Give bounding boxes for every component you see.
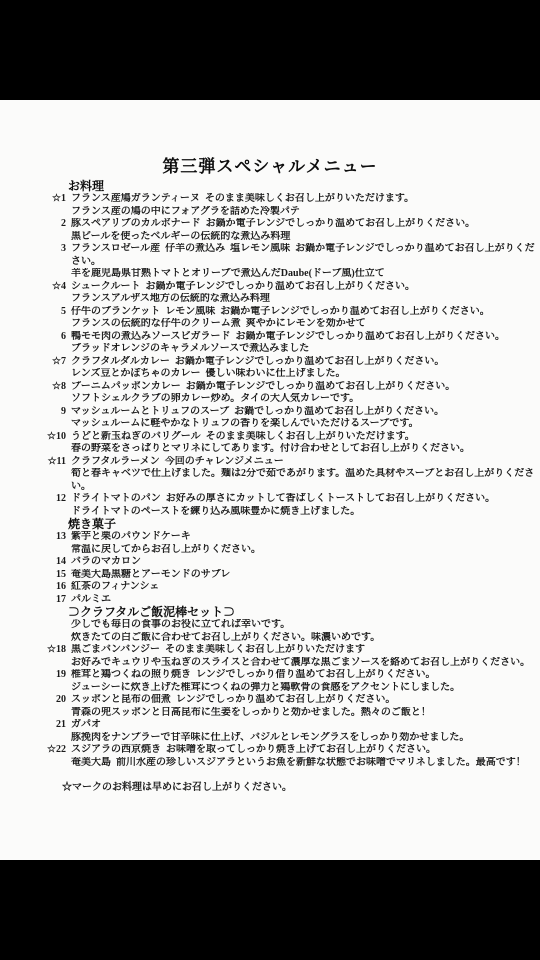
item-text: 春の野菜をさっぱりとマリネにしてあります。付け合わせとしてお召し上がりください。 [71, 443, 540, 456]
item-number [0, 544, 71, 557]
item-text: 紫芋と栗のパウンドケーキ [71, 531, 540, 544]
menu-item-continuation: 筍と春キャベツで仕上げました。麺は2分で茹であがります。温めた具材やスープとお召… [0, 468, 540, 493]
item-text: 椎茸と鶏つくねの照り焼き レンジでしっかり借り温めてお召し上がりください。 [71, 669, 540, 682]
item-number: 3 [0, 243, 71, 268]
item-number: 9 [0, 406, 71, 419]
item-number [0, 343, 71, 356]
item-text: 黒ビールを使ったベルギーの伝統的な煮込み料理 [71, 231, 540, 244]
item-text: お好みでキュウリや玉ねぎのスライスと合わせて濃厚な黒ごまソースを絡めてお召し上が… [71, 657, 540, 670]
menu-item-row: 21ガパオ [0, 719, 540, 732]
item-text: クラフタルラーメン 今回のチャレンジメニュー [71, 456, 540, 469]
item-number: 13 [0, 531, 71, 544]
item-number: 21 [0, 719, 71, 732]
menu-item-continuation: マッシュルームに軽やかなトリュフの香りを楽しんでいただけるスープです。 [0, 418, 540, 431]
menu-item-continuation: ソフトシェルクラブの卵カレー炒め。タイの大人気カレーです。 [0, 393, 540, 406]
item-text: ドライトマトのパン お好みの厚さにカットして香ばしくトーストしてお召し上がりくだ… [71, 493, 540, 506]
menu-item-row: 20スッポンと昆布の佃煮 レンジでしっかり温めてお召し上がりください。 [0, 694, 540, 707]
item-number [0, 368, 71, 381]
item-text: 常温に戻してからお召し上がりください。 [71, 544, 540, 557]
item-number: ☆8 [0, 381, 71, 394]
menu-item-row: 9マッシュルームとトリュフのスープ お鍋でしっかり温めてお召し上がりください。 [0, 406, 540, 419]
section-header: ⊃クラフタルご飯泥棒セット⊃ [68, 606, 540, 619]
item-number: 15 [0, 569, 71, 582]
menu-item-row: ☆11クラフタルラーメン 今回のチャレンジメニュー [0, 456, 540, 469]
item-text: ガパオ [71, 719, 540, 732]
menu-item-row: 6鴨モモ肉の煮込みソースビガラード お鍋か電子レンジでしっかり温めてお召し上がり… [0, 331, 540, 344]
item-text: 豚挽肉をナンプラーで甘辛味に仕上げ、バジルとレモングラスをしっかり効かせました。 [71, 732, 540, 745]
menu-item-continuation: フランスの伝統的な仔牛のクリーム煮 爽やかにレモンを効かせて [0, 318, 540, 331]
item-number [0, 732, 71, 745]
menu-item-continuation: レンズ豆とかぼちゃのカレー 優しい味わいに仕上げました。 [0, 368, 540, 381]
item-number [0, 468, 71, 493]
section-header: お料理 [68, 180, 540, 193]
item-number [0, 231, 71, 244]
item-number: ☆18 [0, 644, 71, 657]
menu-item-continuation: 常温に戻してからお召し上がりください。 [0, 544, 540, 557]
item-number [0, 268, 71, 281]
item-number: ☆4 [0, 281, 71, 294]
item-number: 17 [0, 594, 71, 607]
item-text: クラフタルダルカレー お鍋か電子レンジでしっかり温めてお召し上がりください。 [71, 356, 540, 369]
menu-item-row: 15奄美大島黒糖とアーモンドのサブレ [0, 569, 540, 582]
item-text: フランスの伝統的な仔牛のクリーム煮 爽やかにレモンを効かせて [71, 318, 540, 331]
menu-item-continuation: 奄美大島 前川水産の珍しいスジアラというお魚を新鮮な状態でお味噌でマリネしました… [0, 757, 540, 770]
item-text: 少しでも毎日の食事のお役に立てれば幸いです。 [71, 619, 540, 632]
item-text: スッポンと昆布の佃煮 レンジでしっかり温めてお召し上がりください。 [71, 694, 540, 707]
item-number: 12 [0, 493, 71, 506]
letterbox-top [0, 0, 540, 100]
item-number: ☆22 [0, 744, 71, 757]
item-number: ☆1 [0, 193, 71, 206]
menu-item-continuation: フランス産の鳩の中にフォアグラを詰めた冷製パテ [0, 206, 540, 219]
item-text: ドライトマトのペーストを練り込み風味豊かに焼き上げました。 [71, 506, 540, 519]
item-text: フランスアルザス地方の伝統的な煮込み料理 [71, 293, 540, 306]
menu-body: お料理☆1フランス産鳩ガランティーヌ そのまま美味しくお召し上がりいただけます。… [0, 180, 540, 769]
menu-page: 第三弾スペシャルメニュー お料理☆1フランス産鳩ガランティーヌ そのまま美味しく… [0, 100, 540, 860]
item-number: 20 [0, 694, 71, 707]
item-text: 炊きたての白ご飯に合わせてお召し上がりください。味濃いめです。 [71, 632, 540, 645]
item-number [0, 293, 71, 306]
item-text: マッシュルームとトリュフのスープ お鍋でしっかり温めてお召し上がりください。 [71, 406, 540, 419]
item-number [0, 393, 71, 406]
item-text: 黒ごまバンバンジー そのまま美味しくお召し上がりいただけます [71, 644, 540, 657]
menu-item-row: ☆22スジアラの西京焼き お味噌を取ってしっかり焼き上げてお召し上がりください。 [0, 744, 540, 757]
menu-item-continuation: お好みでキュウリや玉ねぎのスライスと合わせて濃厚な黒ごまソースを絡めてお召し上が… [0, 657, 540, 670]
letterbox-bottom [0, 860, 540, 960]
menu-item-continuation: 黒ビールを使ったベルギーの伝統的な煮込み料理 [0, 231, 540, 244]
item-number [0, 318, 71, 331]
item-number [0, 657, 71, 670]
item-number: 5 [0, 306, 71, 319]
menu-item-continuation: フランスアルザス地方の伝統的な煮込み料理 [0, 293, 540, 306]
menu-item-row: 19椎茸と鶏つくねの照り焼き レンジでしっかり借り温めてお召し上がりください。 [0, 669, 540, 682]
item-text: 筍と春キャベツで仕上げました。麺は2分で茹であがります。温めた具材やスープとお召… [71, 468, 540, 493]
item-number: 2 [0, 218, 71, 231]
item-number: ☆10 [0, 431, 71, 444]
menu-item-row: 14バラのマカロン [0, 556, 540, 569]
item-text: ジューシーに炊き上げた椎茸につくねの弾力と鶏軟骨の食感をアクセントにしました。 [71, 682, 540, 695]
item-text: スジアラの西京焼き お味噌を取ってしっかり焼き上げてお召し上がりください。 [71, 744, 540, 757]
item-text: 奄美大島 前川水産の珍しいスジアラというお魚を新鮮な状態でお味噌でマリネしました… [71, 757, 540, 770]
item-number [0, 707, 71, 720]
item-text: フランスロゼール産 仔羊の煮込み 塩レモン風味 お鍋か電子レンジでしっかり温めて… [71, 243, 540, 268]
menu-item-continuation: 青森の兜スッポンと日高昆布に生姜をしっかりと効かせました。熱々のご飯と！ [0, 707, 540, 720]
item-number [0, 682, 71, 695]
item-text: フランス産鳩ガランティーヌ そのまま美味しくお召し上がりいただけます。 [71, 193, 540, 206]
item-text: 仔牛のブランケット レモン風味 お鍋か電子レンジでしっかり温めてお召し上がりくだ… [71, 306, 540, 319]
item-text: プーニムパッポンカレー お鍋か電子レンジでしっかり温めてお召し上がりください。 [71, 381, 540, 394]
menu-item-row: ☆7クラフタルダルカレー お鍋か電子レンジでしっかり温めてお召し上がりください。 [0, 356, 540, 369]
item-text: ブラッドオレンジのキャラメルソースで煮込みました [71, 343, 540, 356]
menu-item-continuation: ジューシーに炊き上げた椎茸につくねの弾力と鶏軟骨の食感をアクセントにしました。 [0, 682, 540, 695]
menu-item-row: 12ドライトマトのパン お好みの厚さにカットして香ばしくトーストしてお召し上がり… [0, 493, 540, 506]
item-text: 鴨モモ肉の煮込みソースビガラード お鍋か電子レンジでしっかり温めてお召し上がりく… [71, 331, 540, 344]
item-text: マッシュルームに軽やかなトリュフの香りを楽しんでいただけるスープです。 [71, 418, 540, 431]
item-number [0, 418, 71, 431]
item-text: 紅茶のフィナンシェ [71, 581, 540, 594]
item-text: ソフトシェルクラブの卵カレー炒め。タイの大人気カレーです。 [71, 393, 540, 406]
menu-item-row: 13紫芋と栗のパウンドケーキ [0, 531, 540, 544]
item-number [0, 206, 71, 219]
item-number [0, 619, 71, 632]
item-text: 奄美大島黒糖とアーモンドのサブレ [71, 569, 540, 582]
item-number [0, 506, 71, 519]
star-footnote: ☆マークのお料理は早めにお召し上がりください。 [62, 782, 540, 795]
item-text: 青森の兜スッポンと日高昆布に生姜をしっかりと効かせました。熱々のご飯と！ [71, 707, 540, 720]
item-number [0, 757, 71, 770]
section-header: 焼き菓子 [68, 518, 540, 531]
item-text: レンズ豆とかぼちゃのカレー 優しい味わいに仕上げました。 [71, 368, 540, 381]
item-text: うどと新玉ねぎのバリグール そのまま美味しくお召し上がりいただけます。 [71, 431, 540, 444]
intro-line: 炊きたての白ご飯に合わせてお召し上がりください。味濃いめです。 [0, 632, 540, 645]
phone-screen: 第三弾スペシャルメニュー お料理☆1フランス産鳩ガランティーヌ そのまま美味しく… [0, 0, 540, 960]
menu-item-row: 5仔牛のブランケット レモン風味 お鍋か電子レンジでしっかり温めてお召し上がりく… [0, 306, 540, 319]
menu-item-continuation: 豚挽肉をナンプラーで甘辛味に仕上げ、バジルとレモングラスをしっかり効かせました。 [0, 732, 540, 745]
menu-item-row: ☆10うどと新玉ねぎのバリグール そのまま美味しくお召し上がりいただけます。 [0, 431, 540, 444]
item-number: 16 [0, 581, 71, 594]
item-number [0, 443, 71, 456]
item-text: 豚スペアリブのカルボナード お鍋か電子レンジでしっかり温めてお召し上がりください… [71, 218, 540, 231]
item-number: 19 [0, 669, 71, 682]
item-number [0, 632, 71, 645]
intro-line: 少しでも毎日の食事のお役に立てれば幸いです。 [0, 619, 540, 632]
item-number: ☆7 [0, 356, 71, 369]
item-number: 6 [0, 331, 71, 344]
menu-item-row: 16紅茶のフィナンシェ [0, 581, 540, 594]
menu-item-row: ☆4シュークルート お鍋か電子レンジでしっかり温めてお召し上がりください。 [0, 281, 540, 294]
menu-item-row: ☆18黒ごまバンバンジー そのまま美味しくお召し上がりいただけます [0, 644, 540, 657]
item-number: 14 [0, 556, 71, 569]
menu-item-row: ☆8プーニムパッポンカレー お鍋か電子レンジでしっかり温めてお召し上がりください… [0, 381, 540, 394]
menu-item-continuation: ブラッドオレンジのキャラメルソースで煮込みました [0, 343, 540, 356]
menu-title: 第三弾スペシャルメニュー [0, 152, 540, 177]
menu-item-row: 3フランスロゼール産 仔羊の煮込み 塩レモン風味 お鍋か電子レンジでしっかり温め… [0, 243, 540, 268]
menu-item-continuation: 羊を鹿児島県甘熟トマトとオリーブで煮込んだDaube(ドーブ風)仕立て [0, 268, 540, 281]
item-number: ☆11 [0, 456, 71, 469]
item-text: フランス産の鳩の中にフォアグラを詰めた冷製パテ [71, 206, 540, 219]
menu-item-row: ☆1フランス産鳩ガランティーヌ そのまま美味しくお召し上がりいただけます。 [0, 193, 540, 206]
menu-item-row: 2豚スペアリブのカルボナード お鍋か電子レンジでしっかり温めてお召し上がりくださ… [0, 218, 540, 231]
item-text: 羊を鹿児島県甘熟トマトとオリーブで煮込んだDaube(ドーブ風)仕立て [71, 268, 540, 281]
item-text: バラのマカロン [71, 556, 540, 569]
item-text: シュークルート お鍋か電子レンジでしっかり温めてお召し上がりください。 [71, 281, 540, 294]
menu-item-continuation: 春の野菜をさっぱりとマリネにしてあります。付け合わせとしてお召し上がりください。 [0, 443, 540, 456]
